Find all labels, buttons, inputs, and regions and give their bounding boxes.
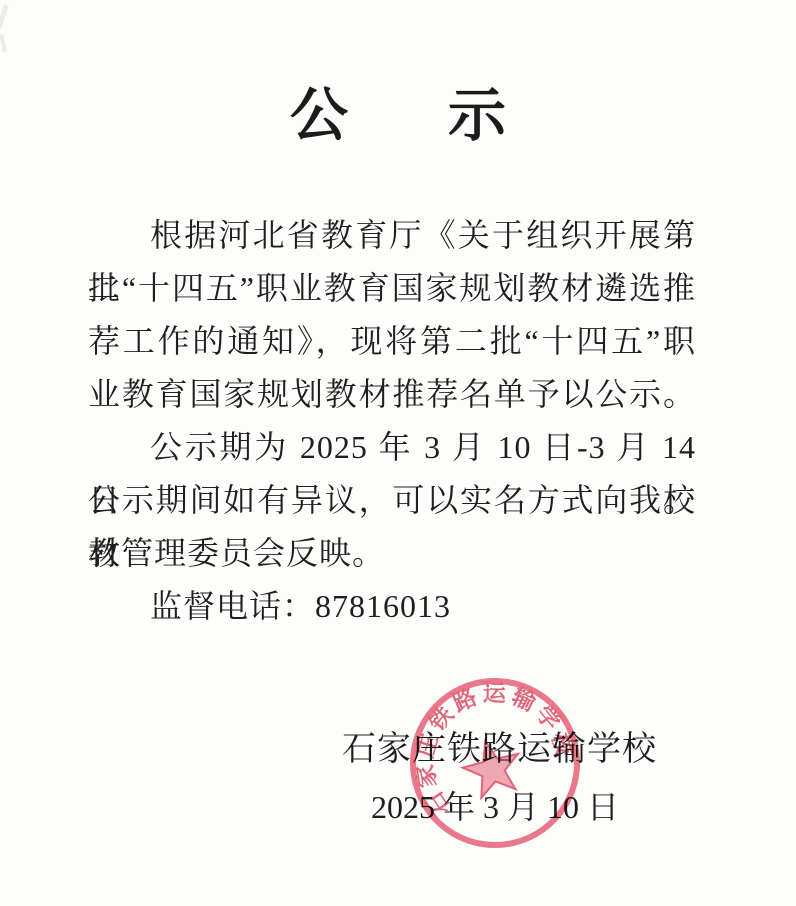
body-line: 材管理委员会反映。 — [88, 527, 696, 580]
supervision-phone-line: 监督电话：87816013 — [88, 580, 696, 633]
signature-organization: 石家庄铁路运输学校 — [342, 727, 648, 773]
signature-date: 2025 年 3 月 10 日 — [342, 784, 648, 830]
signature-block: 石家庄铁路运输学校 2025 年 3 月 10 日 — [342, 727, 648, 830]
body-line: 荐工作的通知》，现将第二批“十四五”职 — [88, 315, 696, 368]
page-title: 公 示 — [0, 80, 796, 150]
scan-artifact — [0, 34, 7, 52]
document-page: 公 示 根据河北省教育厅《关于组织开展第二 批“十四五”职业教育国家规划教材遴选… — [0, 0, 796, 906]
body-line: 公示期间如有异议，可以实名方式向我校教 — [88, 474, 696, 527]
body-line: 业教育国家规划教材推荐名单予以公示。 — [88, 368, 696, 421]
body-line: 根据河北省教育厅《关于组织开展第二 — [88, 209, 696, 262]
scan-artifact — [0, 4, 9, 30]
notice-body: 根据河北省教育厅《关于组织开展第二 批“十四五”职业教育国家规划教材遴选推 荐工… — [88, 209, 696, 633]
body-line: 批“十四五”职业教育国家规划教材遴选推 — [88, 262, 696, 315]
body-line: 公示期为 2025 年 3 月 10 日-3 月 14 日。 — [88, 421, 696, 474]
